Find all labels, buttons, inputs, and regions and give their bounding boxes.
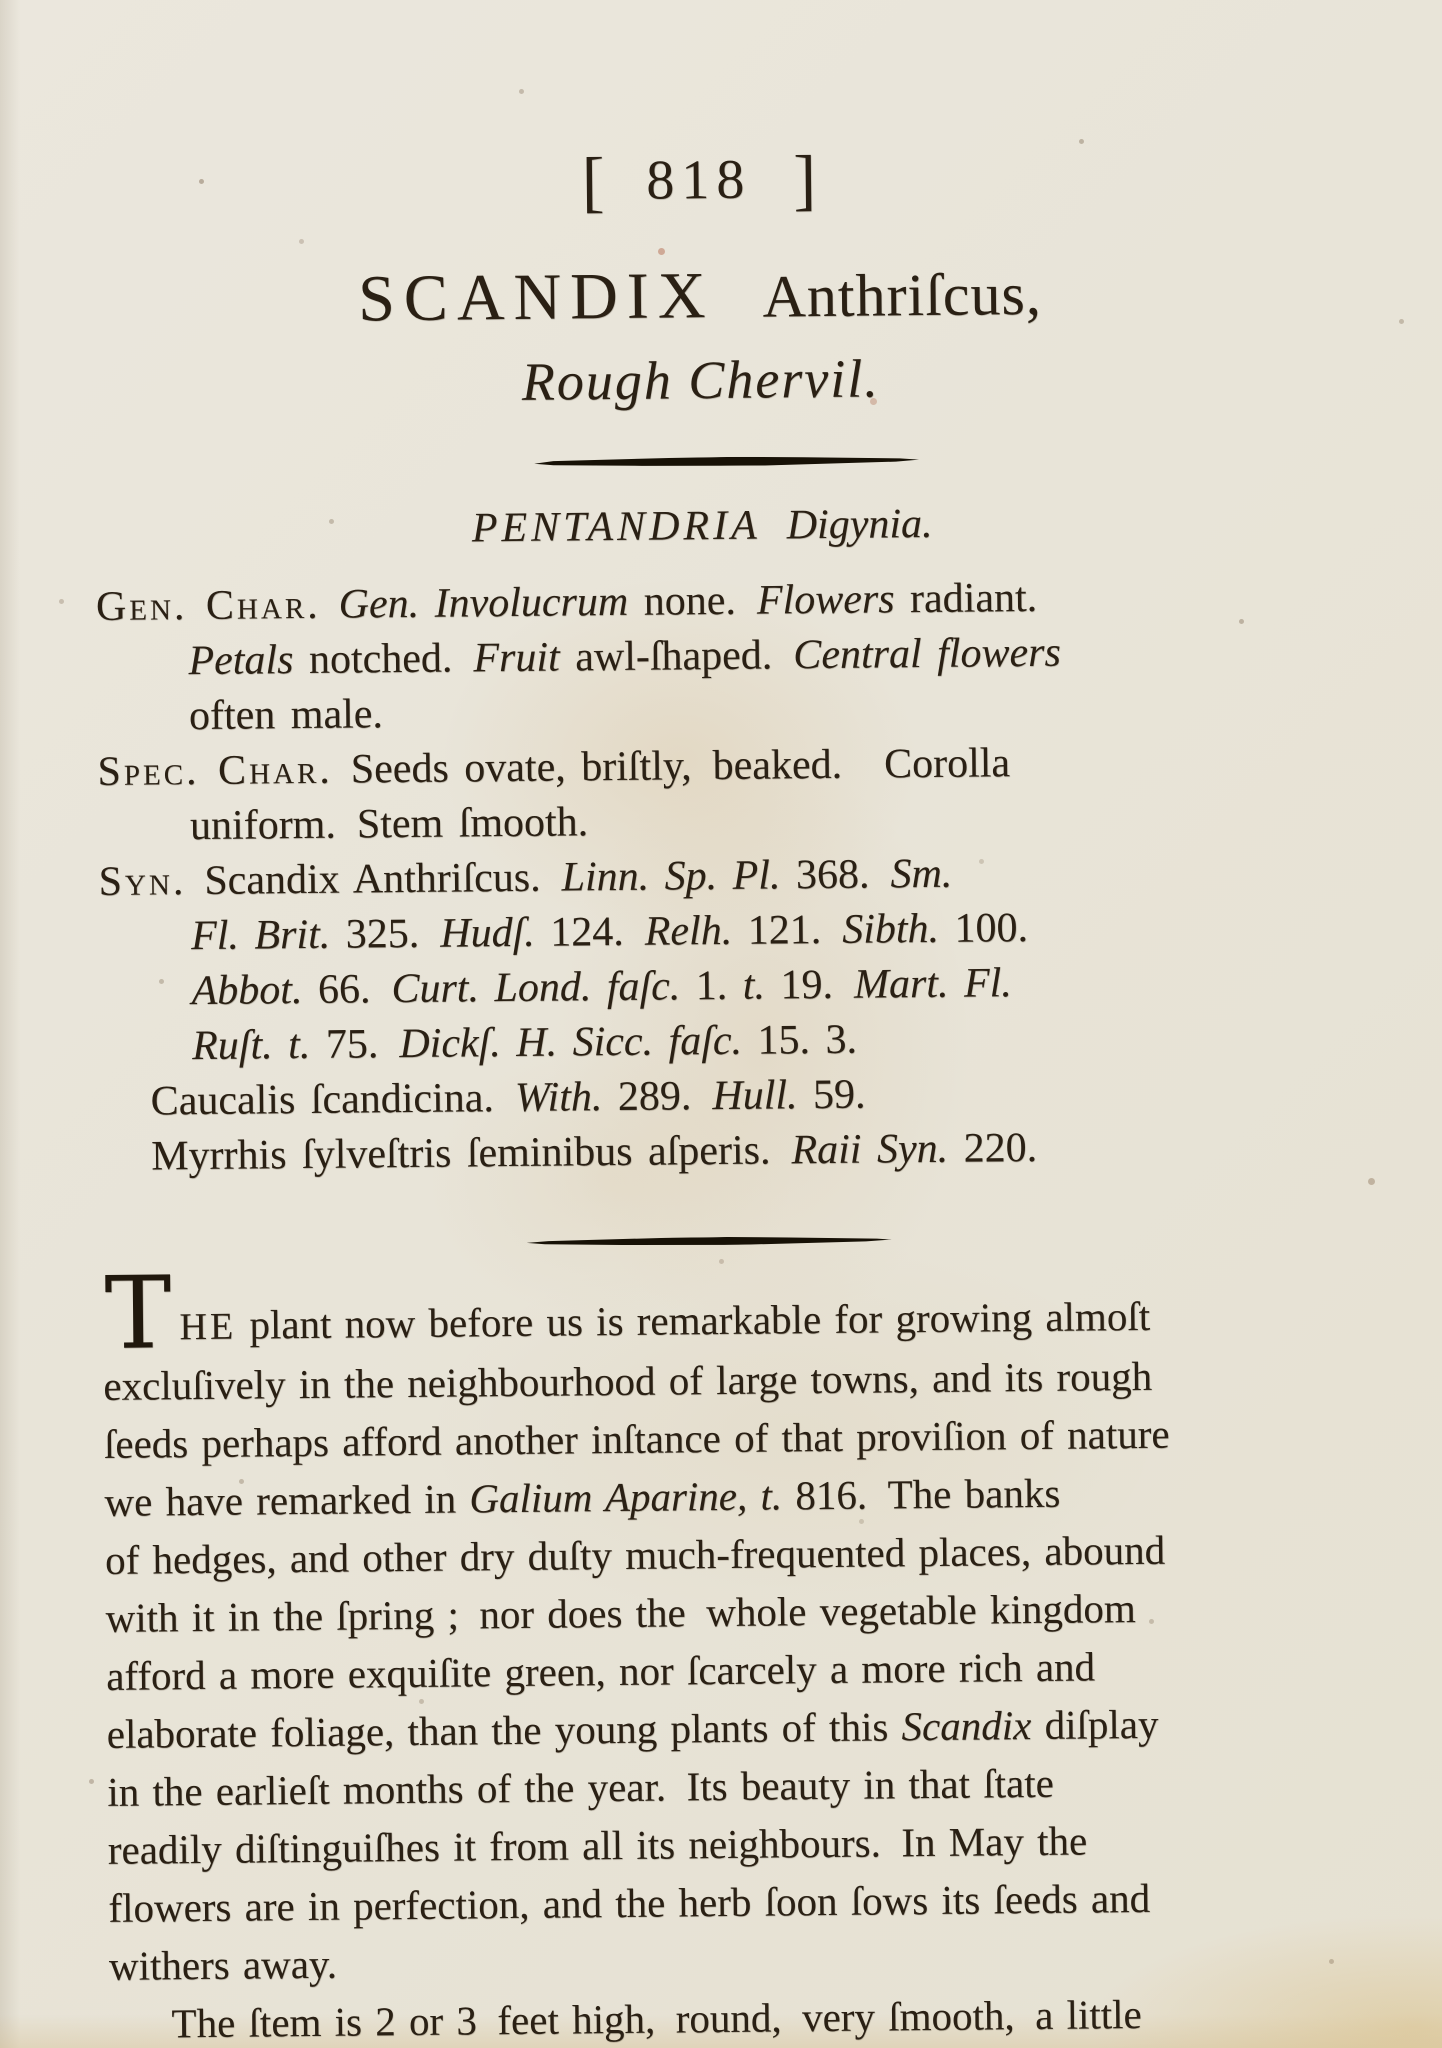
- title-species: Anthriſcus,: [762, 261, 1042, 330]
- page-number-close-bracket: ]: [793, 141, 816, 217]
- text-run: Gen. Involucrum: [338, 579, 628, 628]
- text-run: Ruſt. t.: [192, 1022, 311, 1069]
- text-run: notched.: [293, 635, 473, 683]
- generic-character-entry: Gen. Char.Gen. Involucrum none. Flowers …: [96, 568, 1312, 745]
- drop-cap-follow: HE: [179, 1306, 236, 1349]
- text-run: excluſively in the neighbourhood of larg…: [103, 1353, 1152, 1409]
- text-run: Scandix: [901, 1702, 1031, 1749]
- text-run: Scandix Anthriſcus.: [204, 855, 562, 904]
- divider-rule-middle: [527, 1235, 892, 1247]
- stem-paragraph-clipped: The ſtem is 2 or 3 feet high, round, ver…: [109, 1983, 1324, 2048]
- text-run: awl-ſhaped.: [560, 632, 794, 680]
- page-number-open-bracket: [: [581, 143, 604, 219]
- text-run: Hull.: [712, 1072, 798, 1119]
- text-run: radiant.: [894, 575, 1037, 622]
- text-run: Caucalis ſcandicina.: [150, 1075, 515, 1124]
- text-run: Curt. Lond. faſc.: [391, 963, 680, 1012]
- text-run: Sibth.: [842, 906, 939, 953]
- synonyms-text: Scandix Anthriſcus. Linn. Sp. Pl. 368. S…: [191, 851, 1028, 1069]
- text-run: none.: [628, 578, 757, 625]
- paper-specks: [0, 0, 3, 3]
- synonyms-label: Syn.: [98, 858, 204, 905]
- text-run: Seeds ovate, briſtly, beaked. Corolla: [351, 740, 1011, 792]
- text-run: Central flowers: [793, 630, 1061, 679]
- text-run: afford a more exquiſite green, nor ſcarc…: [106, 1643, 1095, 1698]
- text-run: readily diſtinguiſhes it from all its ne…: [108, 1818, 1088, 1873]
- text-run: 66.: [302, 966, 391, 1013]
- description-paragraph: THE plant now before us is remarkable fo…: [103, 1285, 1324, 1995]
- text-run: 15. 3.: [742, 1017, 857, 1064]
- text-run: ſeeds perhaps afford another inſtance of…: [104, 1411, 1170, 1467]
- text-run: Mart. Fl.: [854, 960, 1012, 1008]
- stem-paragraph-text: The ſtem is 2 or 3 feet high, round, ver…: [171, 1991, 1142, 2046]
- text-run: Abbot.: [191, 967, 302, 1014]
- text-run: 325.: [330, 911, 440, 958]
- text-run: t.: [743, 963, 766, 1009]
- text-run: elaborate foliage, than the young plants…: [107, 1703, 902, 1757]
- text-run: 1.: [680, 963, 743, 1010]
- text-run: Petals: [188, 637, 293, 684]
- classification-line: PENTANDRIADigynia.: [95, 494, 1309, 558]
- text-run: Flowers: [757, 576, 895, 623]
- text-run: 124.: [535, 909, 645, 956]
- synonym-myrrhis-line: Myrrhis ſylveſtris ſeminibus aſperis. Ra…: [101, 1118, 1315, 1185]
- page-content: [818] SCANDIXAnthriſcus, Rough Chervil. …: [0, 0, 1442, 2048]
- text-run: Fruit: [473, 635, 560, 682]
- text-run: With.: [515, 1074, 603, 1121]
- text-run: Galium Aparine, t.: [469, 1472, 782, 1521]
- linnaean-class: PENTANDRIA: [472, 503, 761, 552]
- page-number-value: 818: [646, 149, 752, 212]
- text-run: 368.: [780, 851, 890, 898]
- divider-rule-top: [534, 455, 919, 468]
- text-run: Dickſ. H. Sicc. faſc.: [399, 1018, 742, 1067]
- page-number: [818]: [92, 142, 1307, 218]
- text-run: The ſtem is 2 or 3 feet high, round, ver…: [171, 1991, 1142, 2046]
- book-page-scan: [818] SCANDIXAnthriſcus, Rough Chervil. …: [0, 0, 1442, 2048]
- synonyms-entry: Syn.Scandix Anthriſcus. Linn. Sp. Pl. 36…: [98, 843, 1314, 1075]
- text-run: 59.: [797, 1072, 865, 1119]
- text-run: 75.: [310, 1021, 399, 1068]
- text-run: flowers are in perfection, and the herb …: [108, 1875, 1150, 1931]
- text-run: plant now before us is remarkable for gr…: [236, 1293, 1150, 1348]
- specific-character-label: Spec. Char.: [97, 747, 351, 795]
- text-run: we have remarked in: [104, 1475, 469, 1525]
- text-run: 220.: [948, 1125, 1037, 1172]
- text-run: Raii Syn.: [791, 1126, 948, 1174]
- text-run: Hudſ.: [440, 910, 535, 957]
- description-text: plant now before us is remarkable for gr…: [103, 1293, 1170, 1989]
- text-run: often male.: [189, 691, 383, 739]
- text-run: withers away.: [109, 1941, 337, 1989]
- text-run: Myrrhis ſylveſtris ſeminibus aſperis.: [151, 1127, 792, 1179]
- text-run: Fl. Brit.: [191, 912, 331, 959]
- title-genus: SCANDIX: [358, 259, 715, 335]
- text-run: 816. The banks: [782, 1470, 1061, 1519]
- linnaean-order: Digynia.: [786, 501, 932, 548]
- text-run: 100.: [939, 905, 1028, 952]
- text-run: Linn. Sp. Pl.: [561, 852, 780, 900]
- species-title: SCANDIXAnthriſcus,: [93, 254, 1308, 339]
- generic-character-label: Gen. Char.: [96, 582, 339, 630]
- drop-cap-initial: T: [104, 1254, 172, 1372]
- text-run: 289.: [602, 1073, 712, 1120]
- text-run: 121.: [732, 907, 842, 954]
- text-run: uniform. Stem ſmooth.: [190, 799, 589, 849]
- text-run: of hedges, and other dry duſty much-freq…: [105, 1527, 1165, 1583]
- text-run: Sm.: [890, 851, 952, 898]
- specific-character-entry: Spec. Char.Seeds ovate, briſtly, beaked.…: [97, 733, 1312, 855]
- text-run: Relh.: [645, 908, 733, 955]
- text-run: with it in the ſpring ; nor does the who…: [105, 1585, 1136, 1641]
- text-run: 19.: [765, 962, 854, 1009]
- text-run: in the earlieſt months of the year. Its …: [107, 1760, 1054, 1815]
- common-name: Rough Chervil.: [94, 343, 1309, 417]
- text-run: diſplay: [1031, 1701, 1159, 1748]
